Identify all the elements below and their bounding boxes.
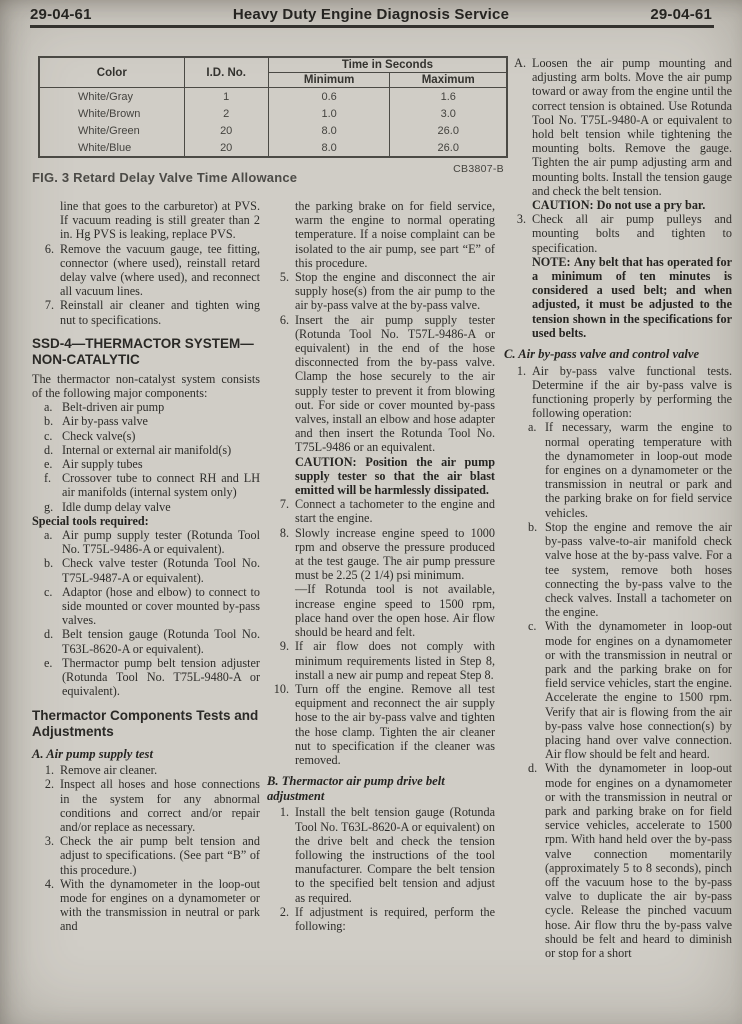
list-marker: c.: [44, 585, 62, 628]
list-item-text: Check the air pump belt tension and adju…: [60, 834, 260, 877]
left-column-num-23: 3.Check the air pump belt tension and ad…: [32, 834, 260, 877]
table-cell: 2: [184, 105, 268, 122]
right-column-alpha2-7: a.If necessary, warm the engine to norma…: [504, 420, 732, 519]
figure-caption: FIG. 3 Retard Delay Valve Time Allowance: [32, 170, 492, 185]
table-cell: 8.0: [268, 122, 390, 139]
table-header-maximum: Maximum: [390, 73, 507, 88]
middle-column-num-8: 9.If air flow does not comply with minim…: [267, 639, 495, 682]
left-column-num-24: 4.With the dynamometer in the loop-out m…: [32, 877, 260, 934]
list-marker: 6.: [32, 242, 60, 299]
table-cell: 8.0: [268, 139, 390, 157]
left-column-hital-20: A. Air pump supply test: [32, 747, 260, 762]
list-item-text: Install the belt tension gauge (Rotunda …: [295, 805, 495, 904]
right-column-cautn-4: NOTE: Any belt that has operated for a m…: [504, 255, 732, 340]
list-marker: 7.: [267, 497, 295, 525]
table-header-color: Color: [39, 57, 184, 88]
left-column-alpha-12: g.Idle dump delay valve: [32, 500, 260, 514]
list-item-text: With the dynamometer in the loop-out mod…: [60, 877, 260, 934]
text-column-middle: the parking brake on for field service, …: [267, 199, 495, 933]
middle-column-cont-7: —If Rotunda tool is not available, incre…: [267, 582, 495, 639]
list-item-text: Remove air cleaner.: [60, 763, 260, 777]
list-item-text: Belt-driven air pump: [62, 400, 260, 414]
list-item-text: Loosen the air pump mounting and adjusti…: [532, 56, 732, 198]
table-header-minimum: Minimum: [268, 73, 390, 88]
list-marker: 9.: [267, 639, 295, 682]
list-marker: 3.: [32, 834, 60, 877]
left-column-boldp-13: Special tools required:: [32, 514, 260, 528]
list-marker: 1.: [504, 364, 532, 421]
left-column-cont-1: line that goes to the carburetor) at PVS…: [32, 199, 260, 242]
table-cell: 20: [184, 139, 268, 157]
list-marker: 6.: [267, 313, 295, 455]
list-marker: f.: [44, 471, 62, 499]
middle-column-num-9: 10.Turn off the engine. Remove all test …: [267, 682, 495, 767]
left-column-alpha-11: f.Crossover tube to connect RH and LH ai…: [32, 471, 260, 499]
text-column-left: line that goes to the carburetor) at PVS…: [32, 199, 260, 934]
list-item-text: Check all air pump pulleys and mounting …: [532, 212, 732, 255]
left-column-alpha-9: d.Internal or external air manifold(s): [32, 443, 260, 457]
lead-label: NOTE:: [532, 255, 574, 269]
list-marker: 2.: [267, 905, 295, 933]
middle-column-num-5: 7.Connect a tachometer to the engine and…: [267, 497, 495, 525]
left-column-num-3: 7.Reinstall air cleaner and tighten wing…: [32, 298, 260, 326]
list-item-text: Remove the vacuum gauge, tee fitting, co…: [60, 242, 260, 299]
page-title: Heavy Duty Engine Diagnosis Service: [233, 6, 509, 23]
middle-column-num-2: 5.Stop the engine and disconnect the air…: [267, 270, 495, 313]
list-marker: b.: [528, 520, 545, 619]
right-column-num-6: 1.Air by-pass valve functional tests. De…: [504, 364, 732, 421]
middle-column-num-6: 8.Slowly increase engine speed to 1000 r…: [267, 526, 495, 583]
left-column-alpha-7: b.Air by-pass valve: [32, 414, 260, 428]
list-item-text: Insert the air pump supply tester (Rotun…: [295, 313, 495, 455]
list-marker: d.: [44, 627, 62, 655]
list-marker: d.: [44, 443, 62, 457]
right-column-alpha2-9: c.With the dynamometer in loop-out mode …: [504, 619, 732, 761]
list-marker: A.: [504, 56, 532, 198]
left-column-alpha-17: d.Belt tension gauge (Rotunda Tool No. T…: [32, 627, 260, 655]
list-item-text: Internal or external air manifold(s): [62, 443, 260, 457]
table-row: White/Blue208.026.0: [39, 139, 507, 157]
table-cell: White/Gray: [39, 88, 184, 106]
lead-label: CAUTION:: [295, 455, 365, 469]
left-column-alpha-16: c.Adaptor (hose and elbow) to connect to…: [32, 585, 260, 628]
list-marker: 3.: [504, 212, 532, 255]
middle-column-cautn-4: CAUTION: Position the air pump supply te…: [267, 455, 495, 498]
list-marker: c.: [44, 429, 62, 443]
list-marker: a.: [528, 420, 545, 519]
left-column-num-21: 1.Remove air cleaner.: [32, 763, 260, 777]
list-item-text: If air flow does not comply with minimum…: [295, 639, 495, 682]
list-marker: 2.: [32, 777, 60, 834]
list-marker: 8.: [267, 526, 295, 583]
list-marker: 4.: [32, 877, 60, 934]
list-item-text: Check valve tester (Rotunda Tool No. T75…: [62, 556, 260, 584]
list-marker: 1.: [267, 805, 295, 904]
table-row: White/Green208.026.0: [39, 122, 507, 139]
list-marker: g.: [44, 500, 62, 514]
retard-delay-valve-table: Color I.D. No. Time in Seconds Minimum M…: [38, 56, 508, 158]
table-cell: 1.0: [268, 105, 390, 122]
list-item-text: Turn off the engine. Remove all test equ…: [295, 682, 495, 767]
list-marker: a.: [44, 528, 62, 556]
left-column-hsans-19: Thermactor Components Tests and Adjustme…: [32, 708, 260, 740]
middle-column-num-3: 6.Insert the air pump supply tester (Rot…: [267, 313, 495, 455]
right-column-alpha2-8: b.Stop the engine and remove the air by-…: [504, 520, 732, 619]
list-item-text: Slowly increase engine speed to 1000 rpm…: [295, 526, 495, 583]
list-item-text: Stop the engine and remove the air by-pa…: [545, 520, 732, 619]
list-marker: d.: [528, 761, 545, 960]
page-header: 29-04-61 Heavy Duty Engine Diagnosis Ser…: [30, 6, 712, 23]
left-column-alpha-18: e.Thermactor pump belt tension adjuster …: [32, 656, 260, 699]
page-number-left: 29-04-61: [30, 6, 92, 23]
left-column-alpha-10: e.Air supply tubes: [32, 457, 260, 471]
header-rule: [30, 25, 714, 28]
list-item-text: Reinstall air cleaner and tighten wing n…: [60, 298, 260, 326]
table-row: White/Brown21.03.0: [39, 105, 507, 122]
list-item-text: With the dynamometer in loop-out mode fo…: [545, 761, 732, 960]
left-column-alpha-14: a.Air pump supply tester (Rotunda Tool N…: [32, 528, 260, 556]
table-header-id-no: I.D. No.: [184, 57, 268, 88]
list-item-text: Connect a tachometer to the engine and s…: [295, 497, 495, 525]
list-item-text: Air by-pass valve functional tests. Dete…: [532, 364, 732, 421]
table-cell: 20: [184, 122, 268, 139]
list-item-text: Adaptor (hose and elbow) to connect to s…: [62, 585, 260, 628]
list-item-text: Air supply tubes: [62, 457, 260, 471]
figure-3-table-block: Color I.D. No. Time in Seconds Minimum M…: [38, 56, 508, 175]
list-marker: e.: [44, 457, 62, 471]
table-cell: White/Green: [39, 122, 184, 139]
list-marker: b.: [44, 556, 62, 584]
list-marker: 7.: [32, 298, 60, 326]
left-column-alpha-6: a.Belt-driven air pump: [32, 400, 260, 414]
lead-label: CAUTION:: [532, 198, 597, 212]
list-item-text: Idle dump delay valve: [62, 500, 260, 514]
left-column-alpha-8: c.Check valve(s): [32, 429, 260, 443]
list-marker: a.: [44, 400, 62, 414]
table-cell: 0.6: [268, 88, 390, 106]
table-header-time-in-seconds: Time in Seconds: [268, 57, 507, 73]
list-item-text: Belt tension gauge (Rotunda Tool No. T63…: [62, 627, 260, 655]
list-item-text: Air by-pass valve: [62, 414, 260, 428]
list-item-text: If adjustment is required, perform the f…: [295, 905, 495, 933]
list-item-text: Thermactor pump belt tension adjuster (R…: [62, 656, 260, 699]
right-column-num-3: 3.Check all air pump pulleys and mountin…: [504, 212, 732, 255]
middle-column-hital-10: B. Thermactor air pump drive belt adjust…: [267, 774, 495, 803]
right-column-num-1: A.Loosen the air pump mounting and adjus…: [504, 56, 732, 198]
right-column-cautn-2: CAUTION: Do not use a pry bar.: [504, 198, 732, 212]
list-marker: e.: [44, 656, 62, 699]
table-cell: 1: [184, 88, 268, 106]
list-item-text: Crossover tube to connect RH and LH air …: [62, 471, 260, 499]
list-item-text: Stop the engine and disconnect the air s…: [295, 270, 495, 313]
list-item-text: Inspect all hoses and hose connections i…: [60, 777, 260, 834]
text-column-right: A.Loosen the air pump mounting and adjus…: [504, 56, 732, 960]
list-marker: c.: [528, 619, 545, 761]
list-marker: 10.: [267, 682, 295, 767]
middle-column-cont-1: the parking brake on for field service, …: [267, 199, 495, 270]
list-item-text: With the dynamometer in loop-out mode fo…: [545, 619, 732, 761]
left-column-hsans-4: SSD-4—THERMACTOR SYSTEM—NON-CATALYTIC: [32, 336, 260, 368]
table-cell: White/Blue: [39, 139, 184, 157]
middle-column-num-11: 1.Install the belt tension gauge (Rotund…: [267, 805, 495, 904]
right-column-hital-5: C. Air by-pass valve and control valve: [504, 347, 732, 362]
table-row: White/Gray10.61.6: [39, 88, 507, 106]
list-item-text: If necessary, warm the engine to normal …: [545, 420, 732, 519]
list-marker: 1.: [32, 763, 60, 777]
list-marker: b.: [44, 414, 62, 428]
table-cell: 26.0: [390, 139, 507, 157]
middle-column-num-12: 2.If adjustment is required, perform the…: [267, 905, 495, 933]
table-cell: White/Brown: [39, 105, 184, 122]
table-cell: 26.0: [390, 122, 507, 139]
list-item-text: Check valve(s): [62, 429, 260, 443]
table-cell: 1.6: [390, 88, 507, 106]
table-cell: 3.0: [390, 105, 507, 122]
right-column-alpha2-10: d.With the dynamometer in loop-out mode …: [504, 761, 732, 960]
left-column-alpha-15: b.Check valve tester (Rotunda Tool No. T…: [32, 556, 260, 584]
list-marker: 5.: [267, 270, 295, 313]
page-number-right: 29-04-61: [650, 6, 712, 23]
left-column-num-22: 2.Inspect all hoses and hose connections…: [32, 777, 260, 834]
left-column-num-2: 6.Remove the vacuum gauge, tee fitting, …: [32, 242, 260, 299]
left-column-para-5: The thermactor non-catalyst system consi…: [32, 372, 260, 400]
list-item-text: Air pump supply tester (Rotunda Tool No.…: [62, 528, 260, 556]
